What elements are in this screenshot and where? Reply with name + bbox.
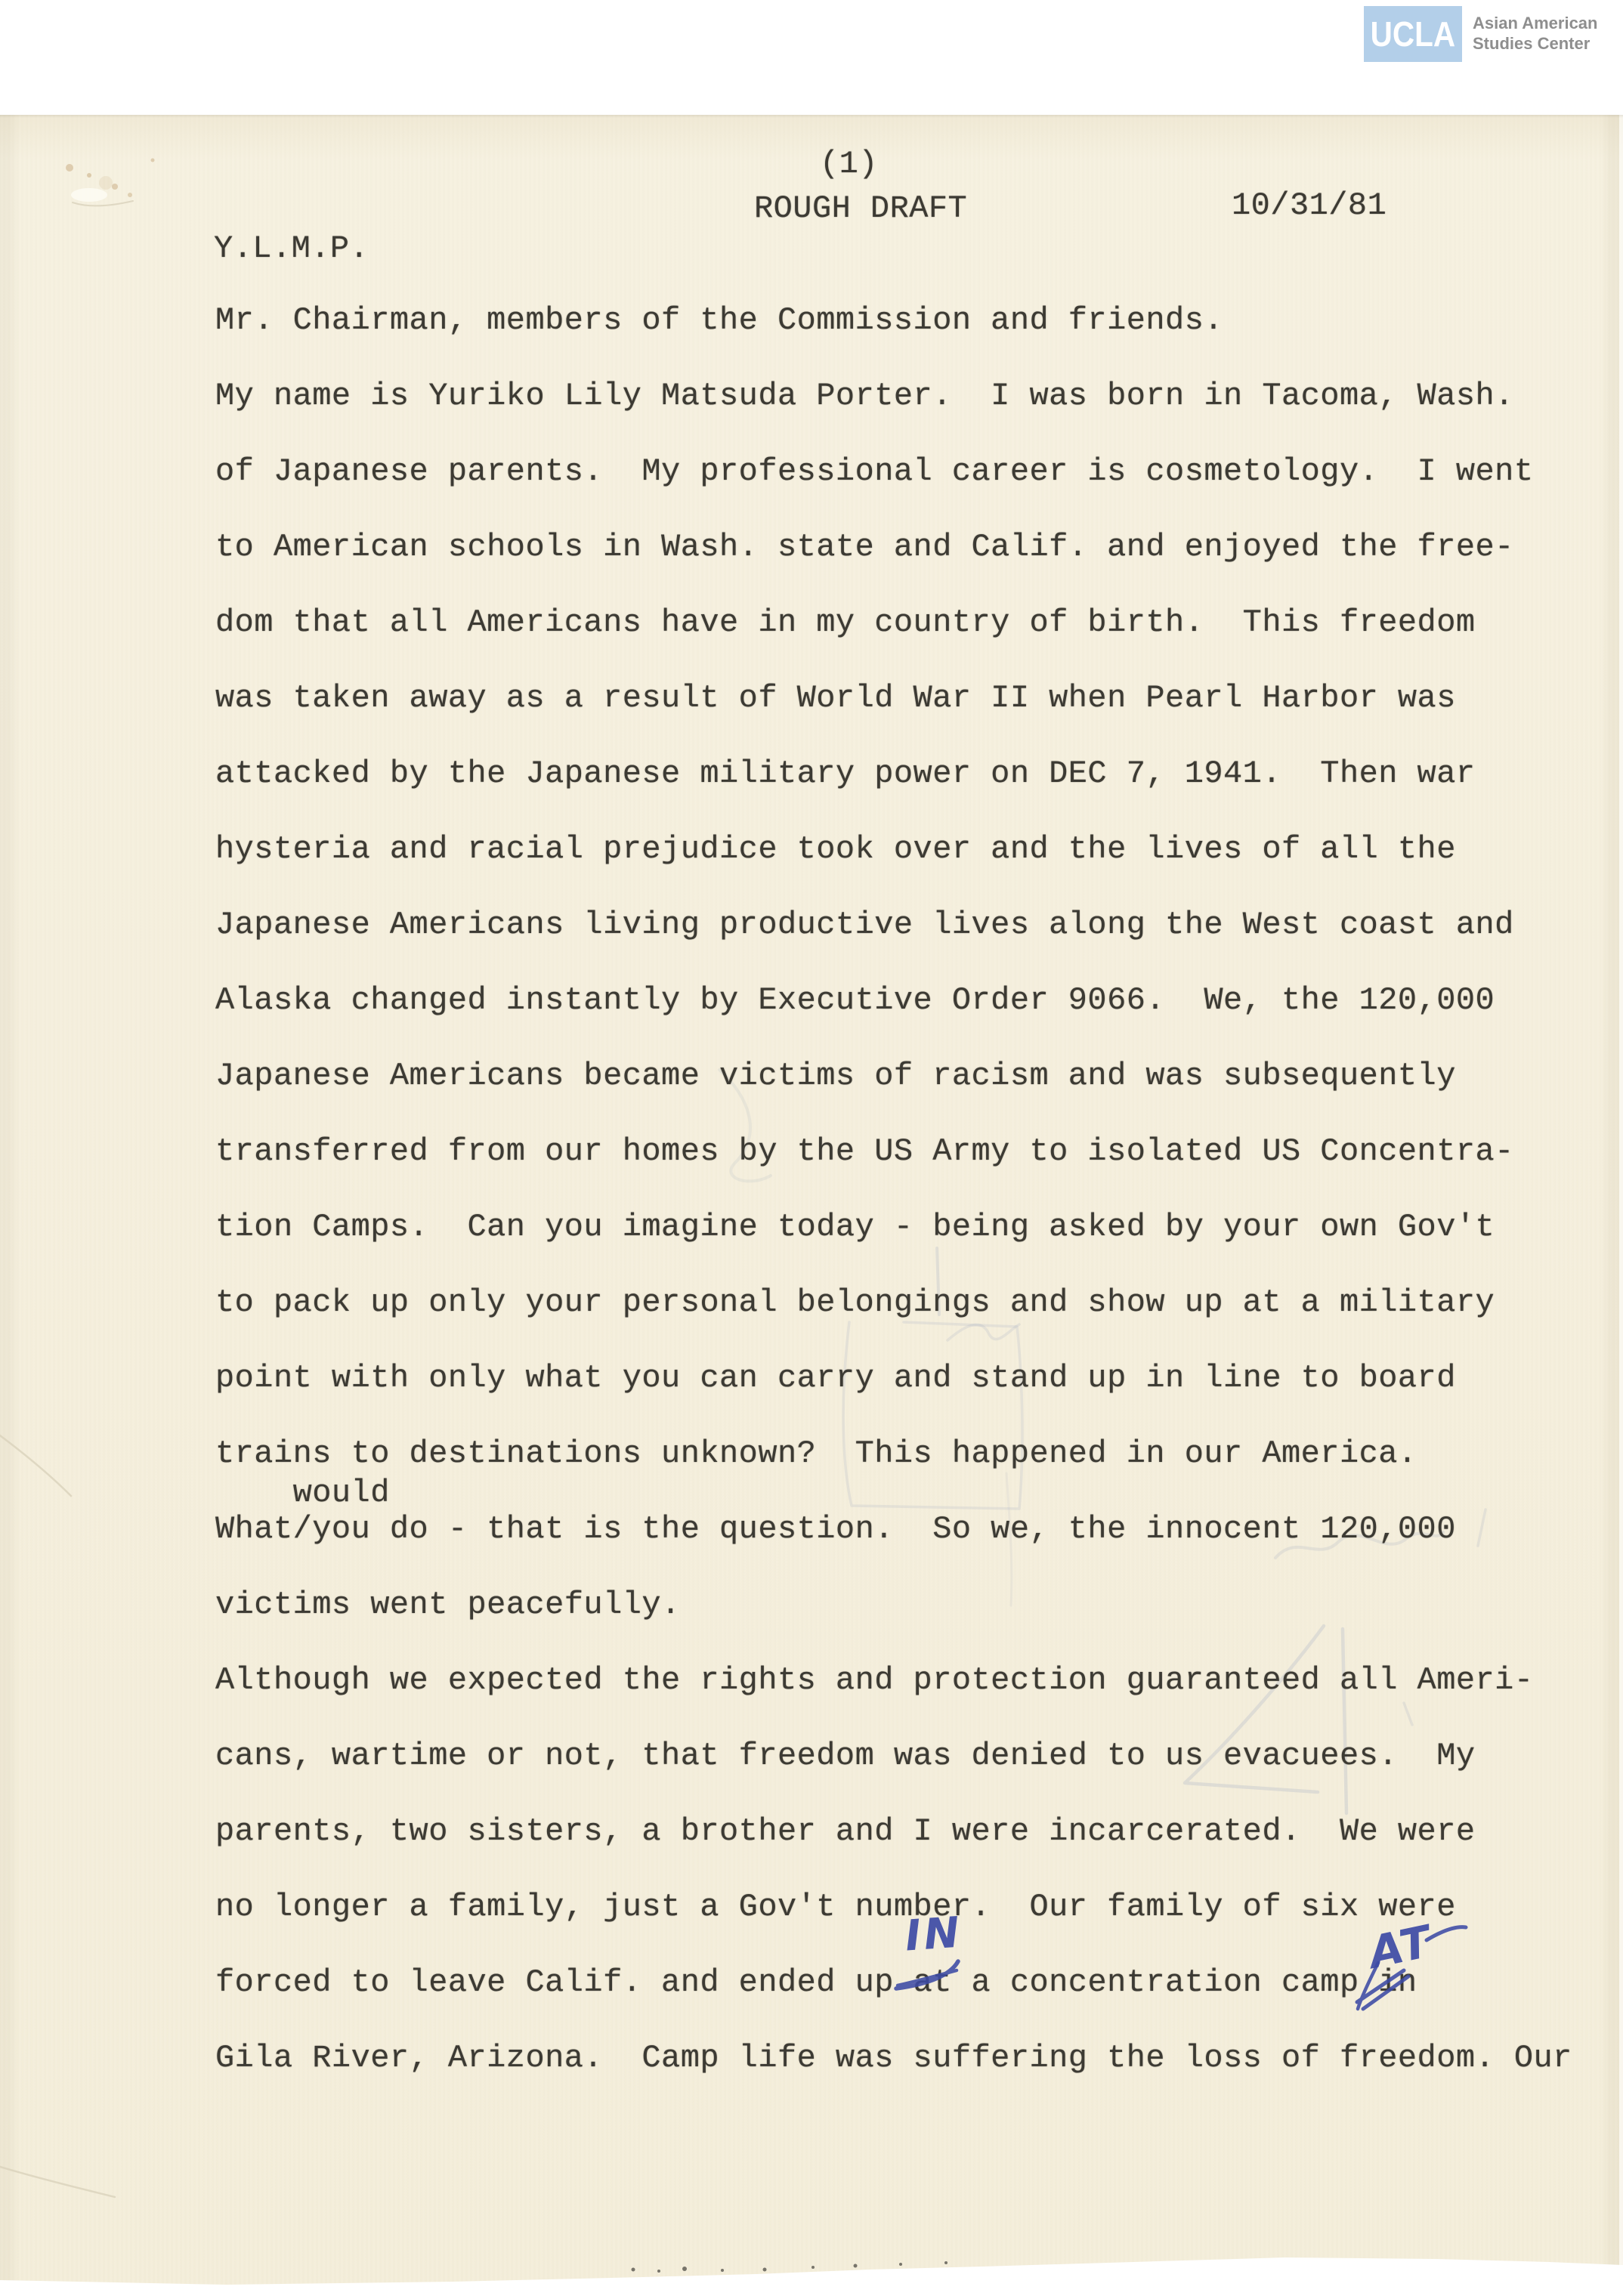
- scanned-document-page: (1) ROUGH DRAFT 10/31/81 Y.L.M.P. Mr. Ch…: [0, 0, 1623, 2296]
- org-name-line2: Studies Center: [1473, 33, 1597, 54]
- ucla-logo-text: UCLA: [1371, 14, 1455, 54]
- ucla-watermark: UCLA Asian American Studies Center: [1364, 6, 1597, 62]
- org-name: Asian American Studies Center: [1473, 6, 1597, 62]
- handwritten-correction-in: IN: [904, 1908, 964, 1961]
- org-name-line1: Asian American: [1473, 13, 1597, 33]
- handwritten-t-bar: [1427, 1927, 1466, 1940]
- ucla-logo: UCLA: [1364, 6, 1462, 62]
